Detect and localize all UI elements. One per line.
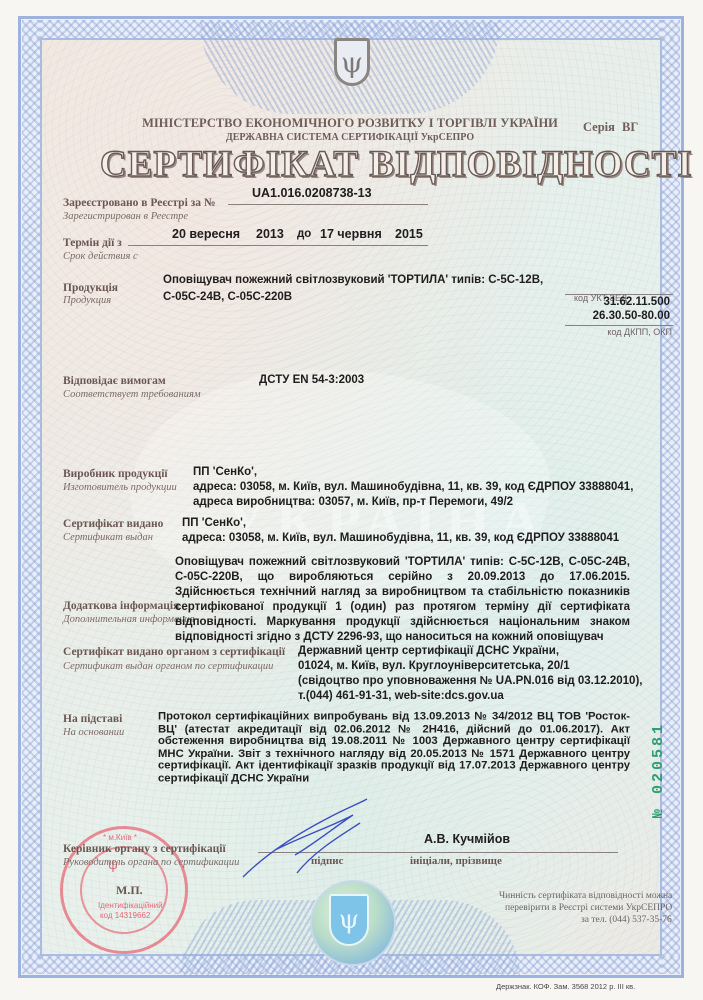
issuing-body-label-ru: Сертификат выдан органом по сертификации	[63, 661, 273, 672]
serial-number: № 020581	[650, 722, 667, 818]
verify-note-line-3: за тел. (044) 537-35-76	[581, 914, 672, 926]
additional-info-text: Оповіщувач пожежний світлозвуковий 'ТОРТ…	[175, 555, 630, 645]
issued-to-name: ПП 'СенКо',	[182, 517, 246, 529]
additional-info-label: Додаткова інформація	[63, 600, 179, 612]
issuing-body-accreditation: (свідоцтво про уповноваження № UA.PN.016…	[298, 675, 642, 687]
manufacturer-label-ru: Изготовитель продукции	[63, 482, 177, 493]
validity-underline	[128, 245, 428, 246]
certificate-title: СЕРТИФІКАТ ВІДПОВІДНОСТІ	[100, 143, 602, 186]
registry-underline	[228, 204, 428, 205]
seal-id-line-2: код 14319662	[100, 911, 150, 920]
series-value: ВГ	[622, 120, 638, 134]
validity-from-year: 2013	[256, 227, 284, 241]
seal-city-text: * м.Київ *	[103, 833, 137, 842]
product-label-ru: Продукция	[63, 295, 111, 306]
hologram-trident-icon: ψ	[329, 894, 369, 946]
serial-prefix: №	[650, 806, 667, 818]
validity-label: Термін дії з	[63, 237, 122, 249]
serial-number-value: 020581	[650, 722, 667, 794]
product-code-1: 31.62.11.500	[574, 296, 670, 308]
series-label: Серія ВГ	[583, 120, 638, 135]
basis-text: Протокол сертифікаційних випробувань від…	[158, 711, 630, 785]
manufacturer-label: Виробник продукції	[63, 468, 168, 480]
issuing-body-name: Державний центр сертифікації ДСНС Україн…	[298, 645, 559, 657]
product-code-2: 26.30.50-80.00	[565, 310, 670, 322]
issued-to-label-ru: Сертификат выдан	[63, 532, 153, 543]
verify-note-line-1: Чинність сертифіката відповідності можна	[499, 890, 672, 902]
certification-system-name: ДЕРЖАВНА СИСТЕМА СЕРТИФІКАЦІЇ УкрСЕПРО	[130, 132, 570, 143]
registry-label-ru: Зарегистрирован в Реестре	[63, 211, 188, 222]
requirements-standard: ДСТУ EN 54-3:2003	[259, 374, 364, 386]
validity-label-ru: Срок действия с	[63, 251, 138, 262]
issued-to-label: Сертифікат видано	[63, 518, 163, 530]
issuing-body-contacts: т.(044) 461-91-31, web-site:dcs.gov.ua	[298, 690, 504, 702]
registry-number: UA1.016.0208738-13	[252, 186, 372, 200]
validity-to-date: 17 червня	[320, 227, 382, 241]
product-line-2: С-05С-24В, С-05С-220В	[163, 291, 292, 303]
validity-to-year: 2015	[395, 227, 423, 241]
seal-id-line-1: Ідентифікаційний	[98, 901, 163, 910]
printer-imprint: Держзнак. КОФ. Зам. 3568 2012 р. III кв.	[496, 982, 635, 991]
registry-label: Зареєстровано в Реєстрі за №	[63, 197, 215, 209]
manufacturer-name: ПП 'СенКо',	[193, 466, 257, 478]
product-label: Продукція	[63, 282, 118, 294]
seal-place-label: М.П.	[116, 883, 143, 898]
trident-crest-icon: ψ	[334, 38, 370, 86]
code-bottom-rule	[565, 325, 673, 326]
manufacturer-production-address: адреса виробництва: 03057, м. Київ, пр-т…	[193, 496, 513, 508]
ministry-name: МІНІСТЕРСТВО ЕКОНОМІЧНОГО РОЗВИТКУ І ТОР…	[130, 116, 570, 131]
handwritten-signature	[235, 795, 375, 885]
requirements-label: Відповідає вимогам	[63, 375, 166, 387]
basis-label: На підставі	[63, 713, 122, 725]
validity-from-date: 20 вересня	[172, 227, 240, 241]
basis-label-ru: На основании	[63, 727, 124, 738]
manufacturer-address: адреса: 03058, м. Київ, вул. Машинобудів…	[193, 481, 633, 493]
code-bottom-caption: код ДКПП, ОКП	[580, 327, 672, 337]
signatory-name: А.В. Кучмійов	[424, 832, 510, 846]
issuing-body-label: Сертифікат видано органом з сертифікації	[63, 646, 285, 658]
product-line-1: Оповіщувач пожежний світлозвуковий 'ТОРТ…	[163, 274, 543, 286]
name-caption: ініціали, прізвище	[410, 855, 502, 867]
verify-note-line-2: перевірити в Реєстрі системи УкрСЕПРО	[505, 902, 672, 914]
series-label-text: Серія	[583, 120, 615, 134]
issued-to-address: адреса: 03058, м. Київ, вул. Машинобудів…	[182, 532, 619, 544]
validity-to-word: до	[297, 228, 311, 240]
signatory-label-ru: Руководитель органа по сертификации	[63, 857, 239, 868]
certificate-page: УКРАЇНА ψ МІНІСТЕРСТВО ЕКОНОМІЧНОГО РОЗВ…	[0, 0, 703, 1000]
issuing-body-address: 01024, м. Київ, вул. Круглоуніверситетсь…	[298, 660, 570, 672]
requirements-label-ru: Соответствует требованиям	[63, 389, 201, 400]
signatory-label: Керівник органу з сертифікації	[63, 843, 226, 855]
